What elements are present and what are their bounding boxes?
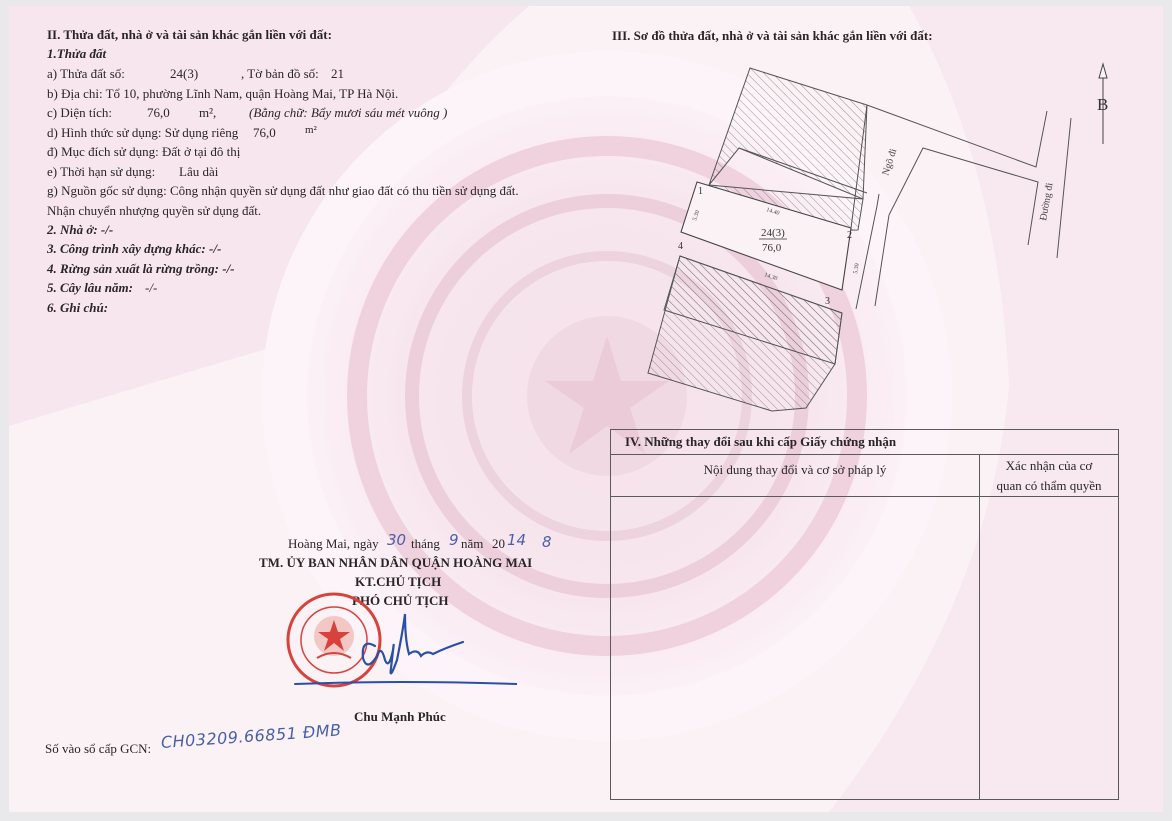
changes-table: IV. Những thay đổi sau khi cấp Giấy chứn… xyxy=(610,429,1119,800)
official-seal-and-signature xyxy=(277,590,517,700)
sign-month: 9 xyxy=(449,532,459,549)
edge-23-length: 5.30 xyxy=(853,263,861,274)
col-header-authority: Xác nhận của cơ quan có thẩm quyền xyxy=(980,456,1118,496)
issuing-org: TM. ỦY BAN NHÂN DÂN QUẬN HOÀNG MAI xyxy=(259,554,532,571)
signer-name: Chu Mạnh Phúc xyxy=(354,708,446,725)
official-seal-icon xyxy=(288,594,380,686)
month-label: tháng xyxy=(411,535,440,552)
vertex-3: 3 xyxy=(825,296,830,307)
year-prefix: 20 xyxy=(492,535,505,552)
parcel-label: 24(3) xyxy=(761,227,785,239)
col-header-changes: Nội dung thay đổi và cơ sở pháp lý xyxy=(611,462,979,478)
north-label: B xyxy=(1097,95,1108,114)
registry-label: Số vào sổ cấp GCN: xyxy=(45,740,151,757)
certificate-page: II. Thửa đất, nhà ở và tài sản khác gắn … xyxy=(9,6,1163,812)
parcel-diagram: B Ngõ đi Đường đi 1 2 3 4 14.40 14.30 5.… xyxy=(9,6,1163,426)
role-1: KT.CHỦ TỊCH xyxy=(355,573,441,590)
vertex-1: 1 xyxy=(698,186,703,197)
parcel-area: 76,0 xyxy=(762,242,782,254)
edge-34-length: 14.30 xyxy=(763,272,778,282)
year-label: năm xyxy=(461,535,483,552)
sign-day: 30 xyxy=(387,532,406,549)
vertex-4: 4 xyxy=(678,241,683,252)
col-header-authority-line2: quan có thẩm quyền xyxy=(980,476,1118,496)
extra-mark: 8 xyxy=(542,534,552,551)
year-suffix: 14 xyxy=(507,532,526,549)
changes-table-title-row: IV. Những thay đổi sau khi cấp Giấy chứn… xyxy=(611,430,1118,455)
road-label: Đường đi xyxy=(1038,182,1056,222)
vertex-2: 2 xyxy=(847,230,852,241)
col-header-authority-line1: Xác nhận của cơ xyxy=(980,456,1118,476)
registry-number: CH03209.66851 ĐMB xyxy=(160,721,342,751)
section4-title: IV. Những thay đổi sau khi cấp Giấy chứn… xyxy=(625,434,896,450)
alley-label: Ngõ đi xyxy=(880,147,899,177)
place-date-prefix: Hoàng Mai, ngày xyxy=(288,535,379,552)
